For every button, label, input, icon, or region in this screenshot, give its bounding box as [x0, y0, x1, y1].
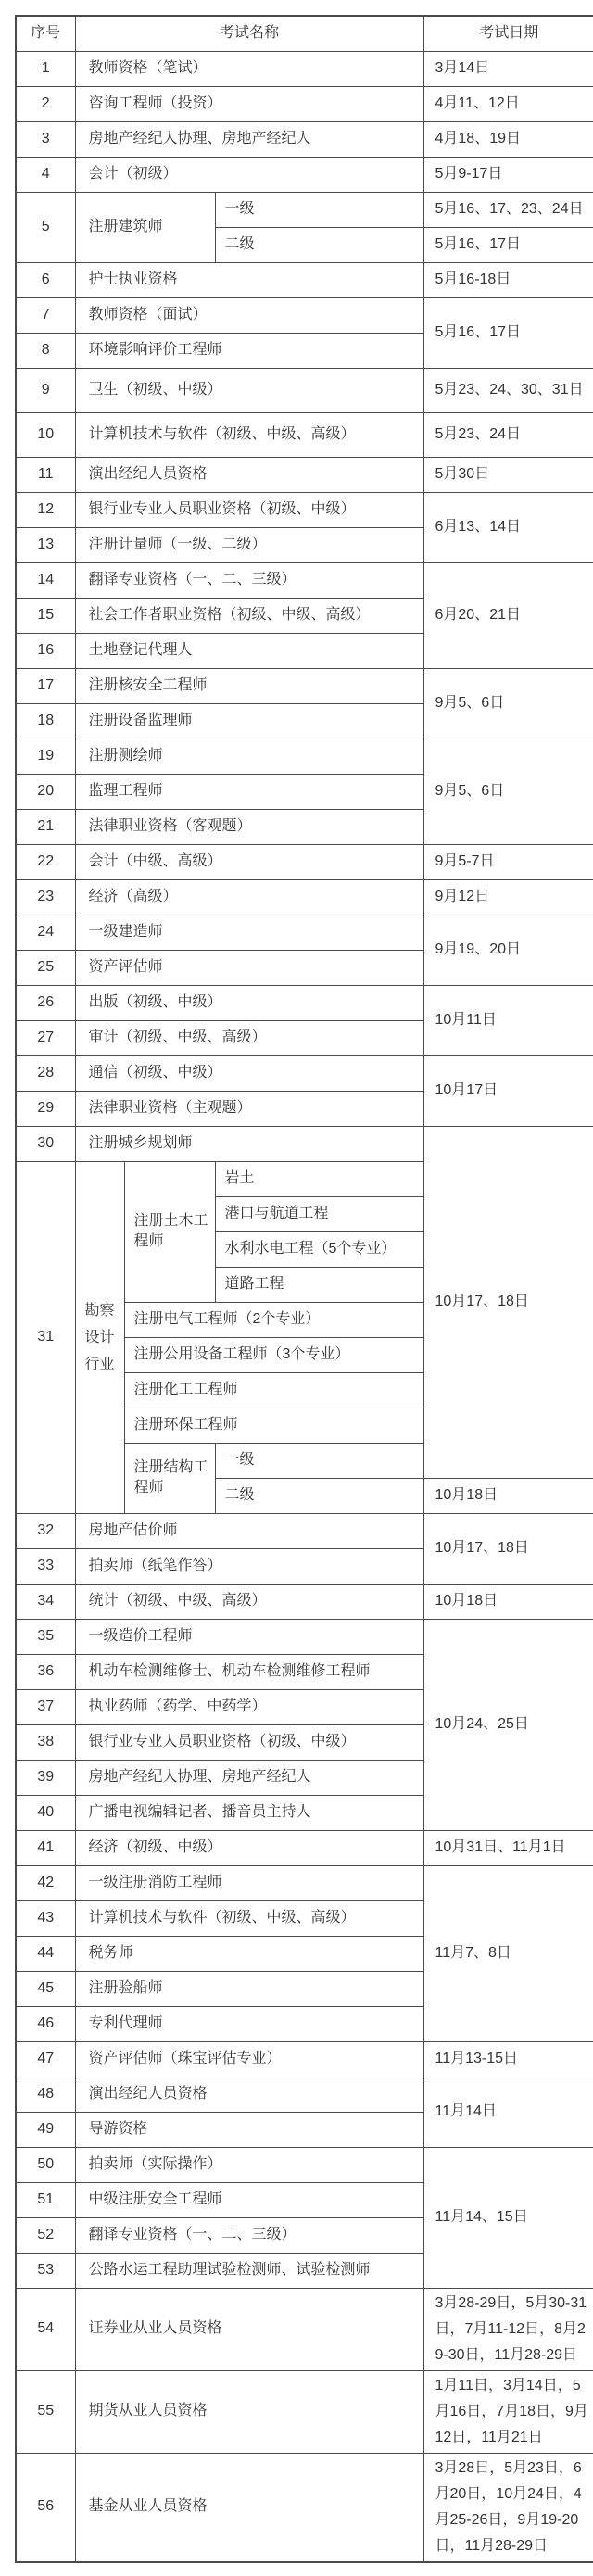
- table-row: 22 会计（中级、高级） 9月5-7日: [16, 844, 593, 879]
- exam-name: 银行业专业人员职业资格（初级、中级）: [75, 1724, 423, 1760]
- exam-name: 房地产估价师: [75, 1513, 423, 1548]
- row-no: 17: [16, 668, 75, 703]
- exam-name: 一级造价工程师: [75, 1619, 423, 1654]
- row-no: 26: [16, 985, 75, 1020]
- exam-date: 5月23、24、30、31日: [423, 368, 593, 412]
- exam-name: 注册环保工程师: [124, 1408, 423, 1443]
- row-no: 7: [16, 297, 75, 333]
- table-row: 42 一级注册消防工程师 11月7、8日: [16, 1865, 593, 1900]
- row-no: 54: [16, 2288, 75, 2370]
- row-no: 34: [16, 1584, 75, 1619]
- table-row: 23 经济（高级） 9月12日: [16, 879, 593, 915]
- row-no: 39: [16, 1760, 75, 1795]
- row-no: 56: [16, 2453, 75, 2562]
- row-no: 44: [16, 1936, 75, 1971]
- table-row: 48 演出经纪人员资格 11月14日: [16, 2077, 593, 2112]
- exam-name: 教师资格（面试）: [75, 297, 423, 333]
- exam-name: 中级注册安全工程师: [75, 2182, 423, 2217]
- table-row: 12 银行业专业人员职业资格（初级、中级） 6月13、14日: [16, 492, 593, 527]
- exam-date: 11月14、15日: [423, 2147, 593, 2288]
- row-no: 40: [16, 1795, 75, 1830]
- exam-date: 10月17日: [423, 1055, 593, 1126]
- exam-name: 土地登记代理人: [75, 633, 423, 668]
- row-no: 22: [16, 844, 75, 879]
- table-row: 35 一级造价工程师 10月24、25日: [16, 1619, 593, 1654]
- exam-date: 9月5、6日: [423, 668, 593, 739]
- exam-specialty: 岩土: [215, 1161, 423, 1196]
- exam-name: 演出经纪人员资格: [75, 2077, 423, 2112]
- exam-name: 咨询工程师（投资）: [75, 86, 423, 121]
- table-row: 56 基金从业人员资格 3月28日，5月23日，6月20日，10月24日，4月2…: [16, 2453, 593, 2562]
- row-no: 27: [16, 1020, 75, 1055]
- row-no: 16: [16, 633, 75, 668]
- exam-specialty: 道路工程: [215, 1267, 423, 1302]
- table-row: 50 拍卖师（实际操作） 11月14、15日: [16, 2147, 593, 2182]
- exam-name: 注册化工工程师: [124, 1372, 423, 1408]
- exam-date: 10月24、25日: [423, 1619, 593, 1830]
- table-row: 4 会计（初级） 5月9-17日: [16, 157, 593, 192]
- row-no: 1: [16, 51, 75, 86]
- row-no: 5: [16, 192, 75, 262]
- exam-date: 3月28日，5月23日，6月20日，10月24日，4月25-26日，9月19-2…: [423, 2453, 593, 2562]
- industry-label: 勘察设计行业: [75, 1161, 124, 1513]
- row-no: 3: [16, 121, 75, 157]
- row-no: 55: [16, 2370, 75, 2453]
- exam-name: 统计（初级、中级、高级）: [75, 1584, 423, 1619]
- header-date: 考试日期: [423, 16, 593, 51]
- exam-name: 审计（初级、中级、高级）: [75, 1020, 423, 1055]
- table-row: 17 注册核安全工程师 9月5、6日: [16, 668, 593, 703]
- exam-name: 经济（初级、中级）: [75, 1830, 423, 1865]
- exam-name: 资产评估师: [75, 950, 423, 985]
- table-row: 11 演出经纪人员资格 5月30日: [16, 457, 593, 492]
- row-no: 19: [16, 739, 75, 774]
- exam-date: 3月14日: [423, 51, 593, 86]
- table-row: 6 护士执业资格 5月16-18日: [16, 262, 593, 297]
- exam-date: 10月17、18日: [423, 1513, 593, 1584]
- row-no: 41: [16, 1830, 75, 1865]
- exam-name: 卫生（初级、中级）: [75, 368, 423, 412]
- row-no: 50: [16, 2147, 75, 2182]
- exam-name: 拍卖师（实际操作）: [75, 2147, 423, 2182]
- table-row: 2 咨询工程师（投资） 4月11、12日: [16, 86, 593, 121]
- exam-name: 法律职业资格（主观题）: [75, 1091, 423, 1126]
- row-no: 2: [16, 86, 75, 121]
- exam-name: 注册电气工程师（2个专业）: [124, 1302, 423, 1337]
- exam-sublevel: 二级: [215, 227, 423, 262]
- exam-date: 5月16、17、23、24日: [423, 192, 593, 227]
- exam-name: 计算机技术与软件（初级、中级、高级）: [75, 1900, 423, 1936]
- row-no: 47: [16, 2041, 75, 2077]
- exam-specialty: 水利水电工程（5个专业）: [215, 1231, 423, 1267]
- row-no: 32: [16, 1513, 75, 1548]
- exam-name: 期货从业人员资格: [75, 2370, 423, 2453]
- row-no: 25: [16, 950, 75, 985]
- exam-sublevel: 一级: [215, 192, 423, 227]
- exam-name: 注册建筑师: [75, 192, 215, 262]
- row-no: 31: [16, 1161, 75, 1513]
- table-row: 54 证券业从业人员资格 3月28-29日，5月30-31日，7月11-12日，…: [16, 2288, 593, 2370]
- table-row: 14 翻译专业资格（一、二、三级） 6月20、21日: [16, 562, 593, 598]
- exam-date: 9月5-7日: [423, 844, 593, 879]
- row-no: 10: [16, 412, 75, 457]
- exam-date: 10月18日: [423, 1584, 593, 1619]
- exam-date: 4月18、19日: [423, 121, 593, 157]
- row-no: 28: [16, 1055, 75, 1091]
- row-no: 33: [16, 1548, 75, 1584]
- exam-date: 10月18日: [423, 1478, 593, 1513]
- exam-date: 1月11日，3月14日，5月16日，7月18日，9月12日，11月21日: [423, 2370, 593, 2453]
- exam-name: 专利代理师: [75, 2006, 423, 2041]
- exam-name: 计算机技术与软件（初级、中级、高级）: [75, 412, 423, 457]
- exam-date: 11月7、8日: [423, 1865, 593, 2041]
- exam-sublevel: 二级: [215, 1478, 423, 1513]
- table-row: 7 教师资格（面试） 5月16、17日: [16, 297, 593, 333]
- exam-name: 房地产经纪人协理、房地产经纪人: [75, 1760, 423, 1795]
- header-no: 序号: [16, 16, 75, 51]
- exam-name: 广播电视编辑记者、播音员主持人: [75, 1795, 423, 1830]
- row-no: 46: [16, 2006, 75, 2041]
- table-row: 26 出版（初级、中级） 10月11日: [16, 985, 593, 1020]
- exam-name: 注册城乡规划师: [75, 1126, 423, 1161]
- row-no: 8: [16, 333, 75, 368]
- row-no: 15: [16, 598, 75, 633]
- exam-name: 基金从业人员资格: [75, 2453, 423, 2562]
- exam-name: 翻译专业资格（一、二、三级）: [75, 2217, 423, 2253]
- exam-specialty: 港口与航道工程: [215, 1196, 423, 1231]
- exam-name: 税务师: [75, 1936, 423, 1971]
- row-no: 49: [16, 2112, 75, 2147]
- exam-name: 公路水运工程助理试验检测师、试验检测师: [75, 2253, 423, 2288]
- exam-date: 10月31日、11月1日: [423, 1830, 593, 1865]
- table-row: 32 房地产估价师 10月17、18日: [16, 1513, 593, 1548]
- row-no: 53: [16, 2253, 75, 2288]
- row-no: 9: [16, 368, 75, 412]
- row-no: 35: [16, 1619, 75, 1654]
- header-name: 考试名称: [75, 16, 423, 51]
- row-no: 51: [16, 2182, 75, 2217]
- exam-group-name: 注册结构工程师: [124, 1443, 215, 1513]
- table-row: 41 经济（初级、中级） 10月31日、11月1日: [16, 1830, 593, 1865]
- exam-name: 会计（中级、高级）: [75, 844, 423, 879]
- row-no: 23: [16, 879, 75, 915]
- table-row: 30 注册城乡规划师 10月17、18日: [16, 1126, 593, 1161]
- exam-name: 证券业从业人员资格: [75, 2288, 423, 2370]
- exam-name: 注册设备监理师: [75, 703, 423, 739]
- table-row: 28 通信（初级、中级） 10月17日: [16, 1055, 593, 1091]
- row-no: 38: [16, 1724, 75, 1760]
- exam-name: 一级建造师: [75, 915, 423, 950]
- exam-name: 注册验船师: [75, 1971, 423, 2006]
- exam-name: 导游资格: [75, 2112, 423, 2147]
- row-no: 4: [16, 157, 75, 192]
- exam-name: 执业药师（药学、中药学）: [75, 1689, 423, 1724]
- exam-name: 监理工程师: [75, 774, 423, 809]
- row-no: 20: [16, 774, 75, 809]
- exam-date: 4月11、12日: [423, 86, 593, 121]
- exam-date: 5月9-17日: [423, 157, 593, 192]
- exam-name: 社会工作者职业资格（初级、中级、高级）: [75, 598, 423, 633]
- exam-name: 拍卖师（纸笔作答）: [75, 1548, 423, 1584]
- exam-date: 11月14日: [423, 2077, 593, 2147]
- table-row: 47 资产评估师（珠宝评估专业） 11月13-15日: [16, 2041, 593, 2077]
- table-row: 1 教师资格（笔试） 3月14日: [16, 51, 593, 86]
- exam-name: 翻译专业资格（一、二、三级）: [75, 562, 423, 598]
- exam-sublevel: 一级: [215, 1443, 423, 1478]
- exam-date: 5月16、17日: [423, 297, 593, 368]
- row-no: 45: [16, 1971, 75, 2006]
- row-no: 48: [16, 2077, 75, 2112]
- exam-name: 教师资格（笔试）: [75, 51, 423, 86]
- exam-name: 房地产经纪人协理、房地产经纪人: [75, 121, 423, 157]
- row-no: 43: [16, 1900, 75, 1936]
- exam-name: 环境影响评价工程师: [75, 333, 423, 368]
- exam-name: 银行业专业人员职业资格（初级、中级）: [75, 492, 423, 527]
- exam-name: 资产评估师（珠宝评估专业）: [75, 2041, 423, 2077]
- exam-date: 9月12日: [423, 879, 593, 915]
- row-no: 12: [16, 492, 75, 527]
- table-row: 3 房地产经纪人协理、房地产经纪人 4月18、19日: [16, 121, 593, 157]
- exam-date: 11月13-15日: [423, 2041, 593, 2077]
- exam-name: 通信（初级、中级）: [75, 1055, 423, 1091]
- table-row: 5 注册建筑师 一级 5月16、17、23、24日: [16, 192, 593, 227]
- exam-name: 注册公用设备工程师（3个专业）: [124, 1337, 423, 1372]
- exam-name: 法律职业资格（客观题）: [75, 809, 423, 844]
- exam-date: 5月23、24日: [423, 412, 593, 457]
- table-row: 10 计算机技术与软件（初级、中级、高级） 5月23、24日: [16, 412, 593, 457]
- exam-schedule-table: 序号 考试名称 考试日期 1 教师资格（笔试） 3月14日 2 咨询工程师（投资…: [15, 15, 593, 2563]
- exam-date: 9月5、6日: [423, 739, 593, 844]
- exam-group-name: 注册土木工程师: [124, 1161, 215, 1302]
- exam-date: 10月11日: [423, 985, 593, 1055]
- row-no: 13: [16, 527, 75, 562]
- header-row: 序号 考试名称 考试日期: [16, 16, 593, 51]
- exam-name: 护士执业资格: [75, 262, 423, 297]
- exam-name: 出版（初级、中级）: [75, 985, 423, 1020]
- row-no: 30: [16, 1126, 75, 1161]
- exam-date: 6月13、14日: [423, 492, 593, 562]
- row-no: 18: [16, 703, 75, 739]
- row-no: 21: [16, 809, 75, 844]
- exam-date: 10月17、18日: [423, 1126, 593, 1478]
- row-no: 37: [16, 1689, 75, 1724]
- exam-name: 经济（高级）: [75, 879, 423, 915]
- exam-date: 5月16、17日: [423, 227, 593, 262]
- table-row: 9 卫生（初级、中级） 5月23、24、30、31日: [16, 368, 593, 412]
- table-row: 55 期货从业人员资格 1月11日，3月14日，5月16日，7月18日，9月12…: [16, 2370, 593, 2453]
- row-no: 6: [16, 262, 75, 297]
- table-row: 19 注册测绘师 9月5、6日: [16, 739, 593, 774]
- row-no: 24: [16, 915, 75, 950]
- exam-name: 注册计量师（一级、二级）: [75, 527, 423, 562]
- row-no: 11: [16, 457, 75, 492]
- exam-date: 6月20、21日: [423, 562, 593, 668]
- exam-name: 演出经纪人员资格: [75, 457, 423, 492]
- row-no: 29: [16, 1091, 75, 1126]
- exam-name: 注册测绘师: [75, 739, 423, 774]
- exam-name: 机动车检测维修士、机动车检测维修工程师: [75, 1654, 423, 1689]
- exam-date: 5月30日: [423, 457, 593, 492]
- table-row: 24 一级建造师 9月19、20日: [16, 915, 593, 950]
- exam-date: 5月16-18日: [423, 262, 593, 297]
- row-no: 36: [16, 1654, 75, 1689]
- exam-name: 会计（初级）: [75, 157, 423, 192]
- exam-date: 9月19、20日: [423, 915, 593, 985]
- table-row: 34 统计（初级、中级、高级） 10月18日: [16, 1584, 593, 1619]
- row-no: 42: [16, 1865, 75, 1900]
- row-no: 52: [16, 2217, 75, 2253]
- exam-name: 一级注册消防工程师: [75, 1865, 423, 1900]
- exam-date: 3月28-29日，5月30-31日，7月11-12日，8月29-30日，11月2…: [423, 2288, 593, 2370]
- exam-name: 注册核安全工程师: [75, 668, 423, 703]
- row-no: 14: [16, 562, 75, 598]
